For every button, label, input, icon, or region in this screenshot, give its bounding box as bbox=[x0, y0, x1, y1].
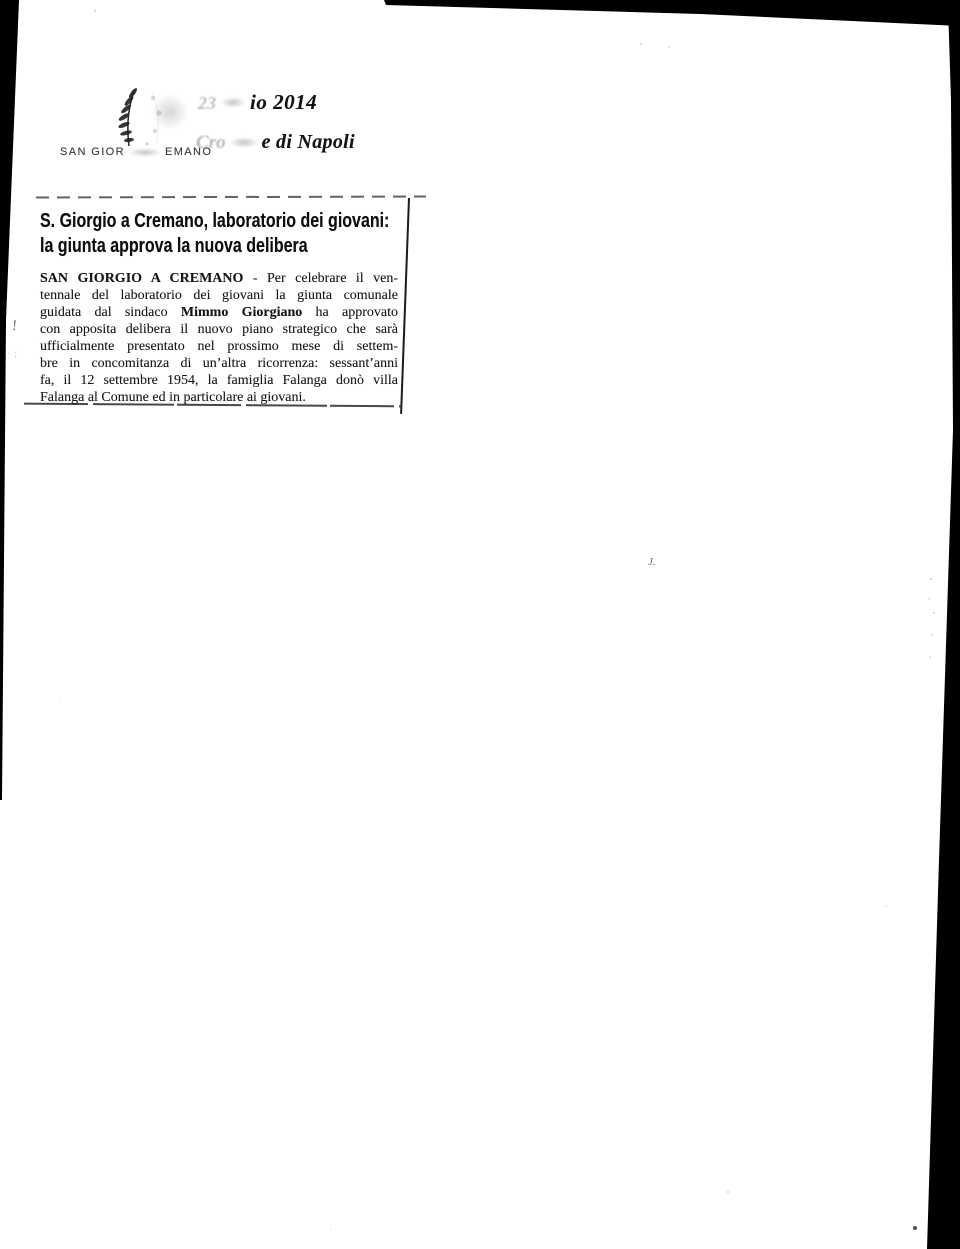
faded-ink-smudge bbox=[128, 148, 162, 157]
clipping-top-border bbox=[36, 195, 426, 198]
scan-noise bbox=[0, 0, 2, 2]
ink-mark-apostrophe: ' bbox=[94, 6, 96, 21]
newspaper-name: Cro e di Napoli bbox=[196, 131, 355, 154]
scanned-page: SAN GIOR EMANO 23 io 2014 Cro e di Napol… bbox=[0, 0, 960, 1249]
newspaper-name-faded: Cro bbox=[196, 132, 226, 154]
news-clipping: S. Giorgio a Cremano, laboratorio dei gi… bbox=[28, 196, 410, 408]
headline: S. Giorgio a Cremano, laboratorio dei gi… bbox=[40, 209, 408, 259]
ink-mark-j: J. bbox=[648, 556, 656, 568]
stamp-text-left: SAN GIOR bbox=[60, 146, 125, 158]
article-line: ufficialmente presentato nel prossimo me… bbox=[40, 338, 398, 355]
stamp-date: 23 io 2014 bbox=[198, 90, 317, 115]
article-line: tennale del laboratorio dei giovani la g… bbox=[40, 287, 398, 304]
article-body: SAN GIORGIO A CREMANO - Per celebrare il… bbox=[40, 270, 398, 406]
article-line: guidata dal sindaco Mimmo Giorgiano ha a… bbox=[40, 304, 398, 321]
stamp-date-main: io 2014 bbox=[250, 90, 317, 115]
newspaper-name-main: e di Napoli bbox=[262, 131, 355, 154]
scanner-edge-shadow bbox=[0, 0, 960, 1249]
headline-line2: la giunta approva la nuova delibera bbox=[40, 234, 408, 259]
headline-line1: S. Giorgio a Cremano, laboratorio dei gi… bbox=[40, 209, 408, 234]
article-line: Falanga al Comune ed in particolare ai g… bbox=[40, 389, 398, 406]
ink-mark-dots: ·: bbox=[7, 346, 20, 361]
ink-mark-exclamation: ! bbox=[11, 318, 17, 335]
faded-ink-smudge bbox=[229, 137, 259, 148]
stamp-date-day: 23 bbox=[198, 93, 216, 114]
article-line: fa, il 12 settembre 1954, la famiglia Fa… bbox=[40, 372, 398, 389]
faded-ink-smudge bbox=[220, 97, 246, 108]
article-line: bre in concomitanza di un’altra ricorren… bbox=[40, 355, 398, 372]
stamp-caption: SAN GIOR EMANO bbox=[60, 146, 212, 158]
article-line: con apposita delibera il nuovo piano str… bbox=[40, 321, 398, 338]
article-line: SAN GIORGIO A CREMANO - Per celebrare il… bbox=[40, 270, 398, 287]
